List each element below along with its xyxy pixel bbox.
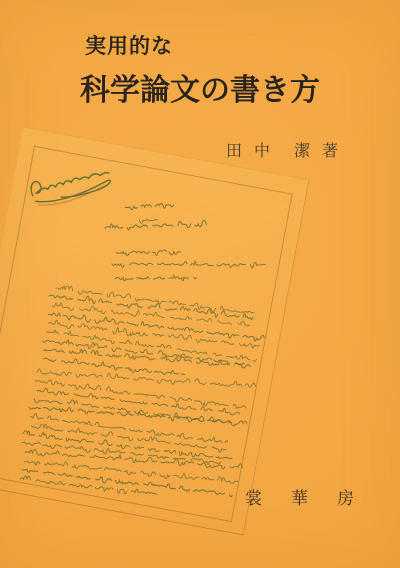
manuscript-page	[0, 127, 310, 536]
handwriting-illustration	[0, 127, 308, 534]
series-label: 実用的な	[85, 36, 173, 57]
book-cover: 実用的な 科学論文の書き方 田 中 潔 著 裳華房	[0, 0, 400, 568]
publisher-name: 裳華房	[245, 484, 383, 509]
book-title: 科学論文の書き方	[80, 74, 320, 107]
author-name: 田 中 潔 著	[226, 138, 342, 161]
